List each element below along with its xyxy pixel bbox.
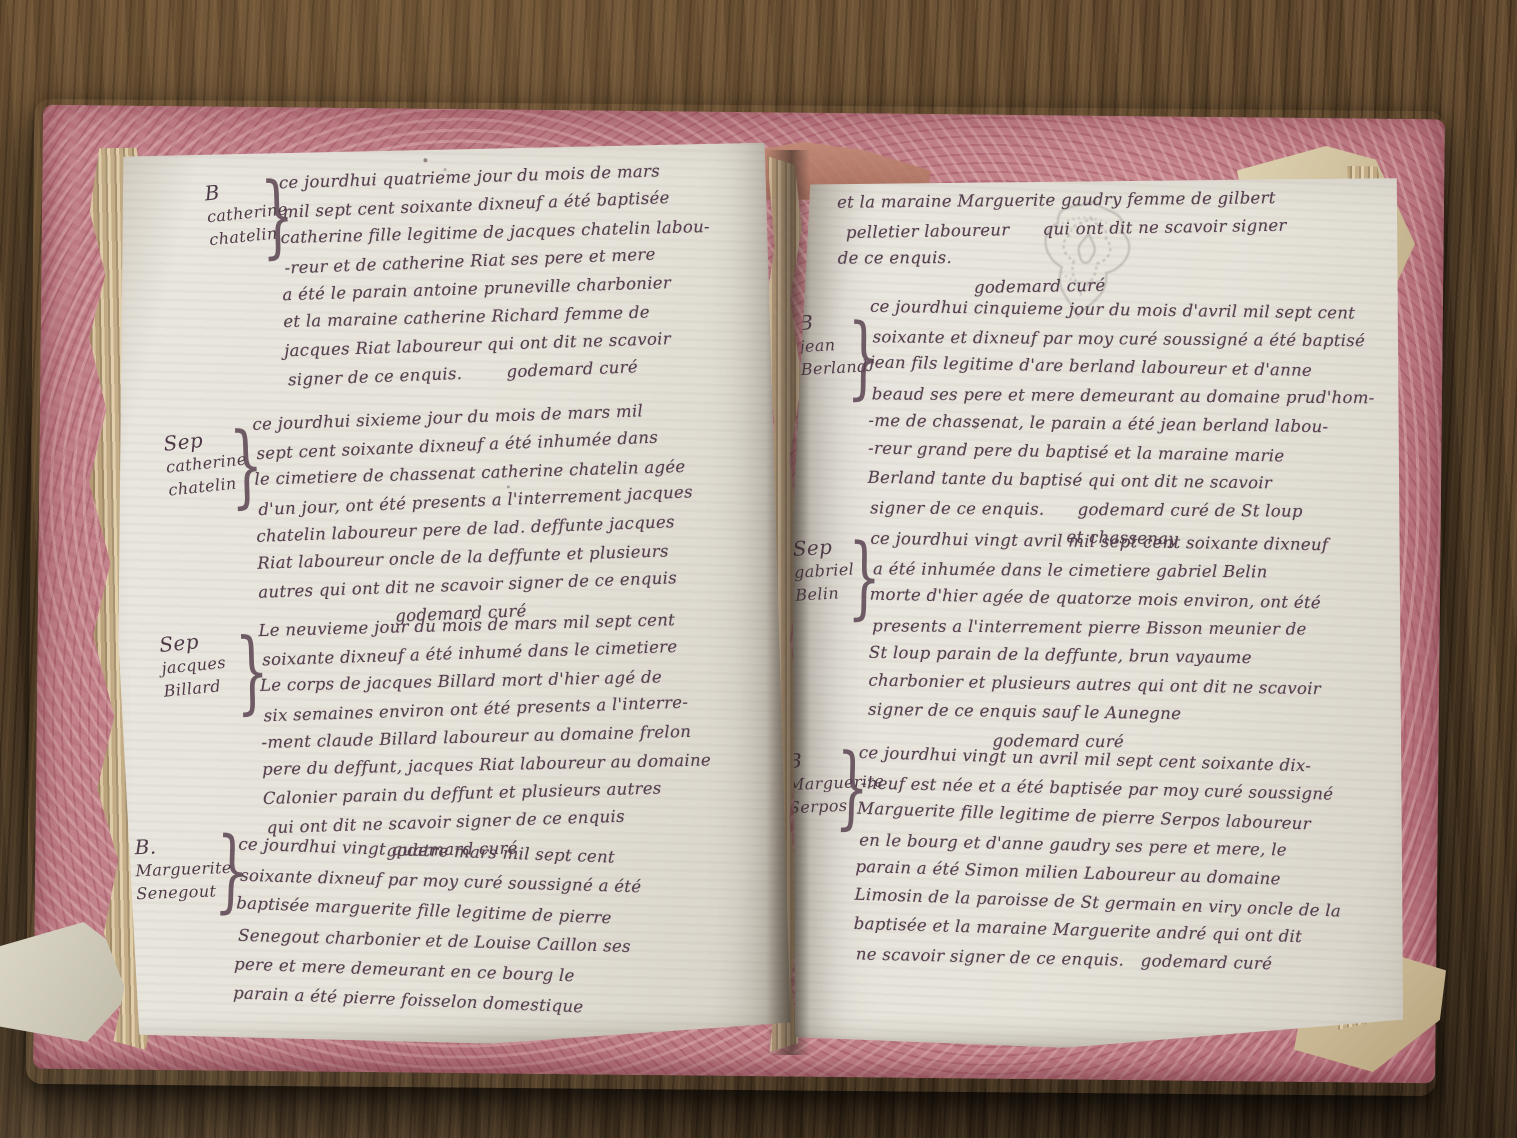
manuscript-line: presents a l'interrement pierre Bisson m…	[872, 616, 1330, 648]
manuscript-line: de ce enquis.	[838, 246, 1285, 277]
ink-speck	[423, 158, 427, 162]
entry-text-block: ce jourdhui cinquieme jour du mois d'avr…	[867, 297, 1373, 560]
entry-text-block: et la maraine Marguerite gaudry femme de…	[837, 188, 1285, 307]
margin-annotation-line: Billard	[163, 674, 229, 703]
gutter-shadow	[766, 150, 810, 1055]
entry-text-block: Le neuvieme jour du mois de mars mil sep…	[258, 609, 713, 873]
ink-speck	[973, 425, 977, 429]
margin-annotation: SepjacquesBillard	[158, 628, 229, 703]
manuscript-page-right: et la maraine Marguerite gaudry femme de…	[789, 174, 1409, 1050]
register-entry: Bcatherinechatelin}ce jourdhui quatrieme…	[114, 158, 782, 179]
entry-text-block: ce jourdhui sixieme jour du mois de mars…	[252, 400, 694, 639]
manuscript-line: beaud ses pere et mere demeurant au doma…	[872, 384, 1375, 416]
manuscript-line: ce jourdhui vingt avril mil sept cent so…	[870, 529, 1328, 564]
entry-text-block: ce jourdhui vingt avril mil sept cent so…	[867, 529, 1328, 763]
register-entry: Sepcatherinechatelin}ce jourdhui sixieme…	[116, 396, 784, 419]
photo-of-parish-register: Bcatherinechatelin}ce jourdhui quatrieme…	[0, 0, 1517, 1138]
manuscript-page-left: Bcatherinechatelin}ce jourdhui quatrieme…	[113, 143, 790, 1048]
ink-speck	[507, 485, 510, 488]
register-entry: et la maraine Marguerite gaudry femme de…	[795, 187, 1409, 193]
ink-speck	[444, 168, 447, 171]
entry-text-block: ce jourdhui quatrieme jour du mois de ma…	[279, 160, 715, 397]
entry-text-block: ce jourdhui vingt quatre mars mil sept c…	[232, 834, 639, 1028]
entry-text-block: ce jourdhui vingt un avril mil sept cent…	[852, 743, 1345, 985]
